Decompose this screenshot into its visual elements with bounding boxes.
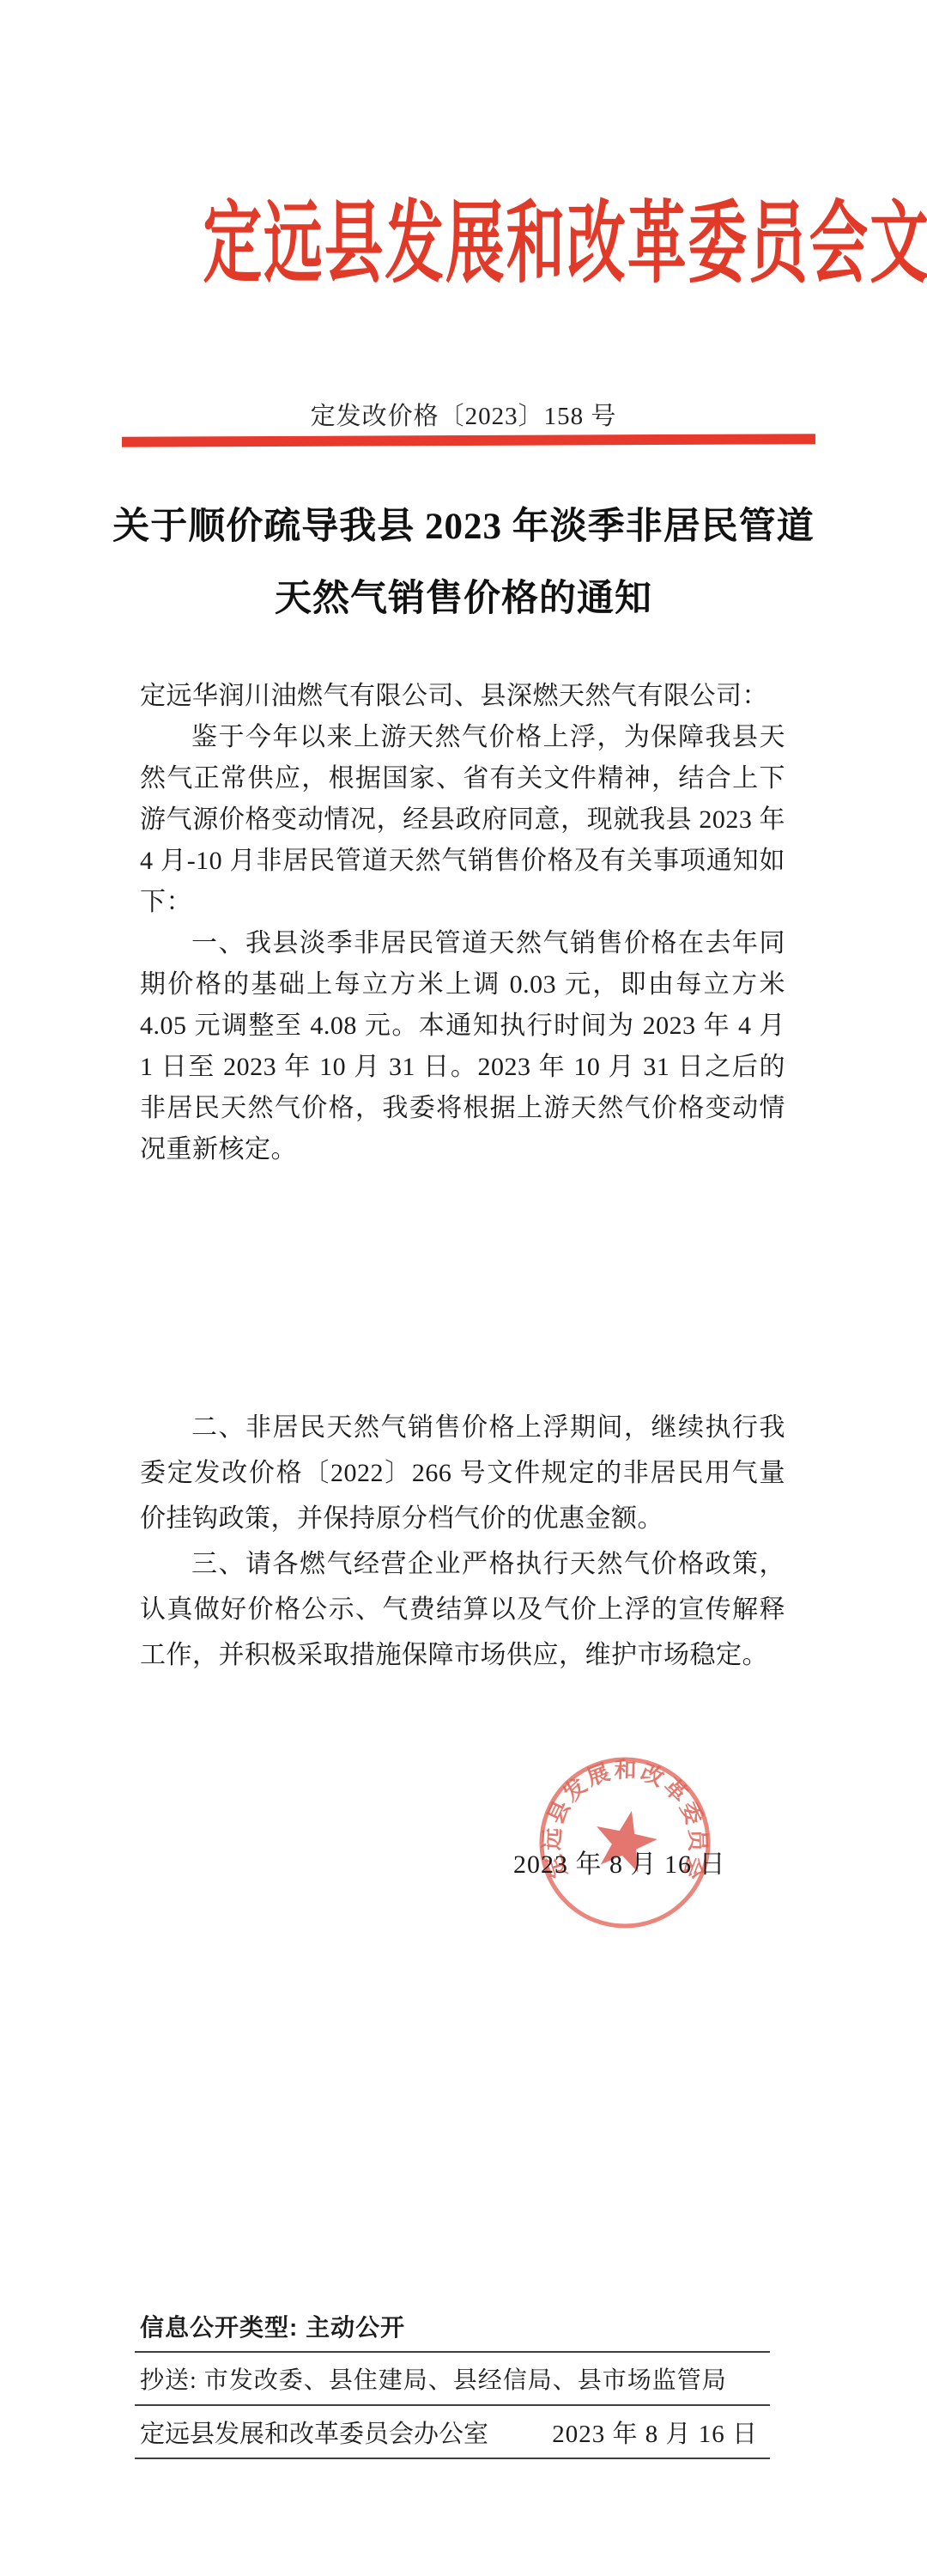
- paragraph-intro: 鉴于今年以来上游天然气价格上浮，为保障我县天然气正常供应，根据国家、省有关文件精…: [140, 717, 785, 923]
- red-divider: [122, 434, 815, 447]
- document-page: 定远县发展和改革委员会文件 定发改价格〔2023〕158 号 关于顺价疏导我县 …: [0, 0, 927, 2576]
- paragraph-item1: 一、我县淡季非居民管道天然气销售价格在去年同期价格的基础上每立方米上调 0.03…: [140, 923, 785, 1170]
- footer-cc-row: 抄送: 市发改委、县住建局、县经信局、县市场监管局: [135, 2353, 770, 2406]
- sign-date: 2023 年 8 月 16 日: [513, 1843, 726, 1880]
- footer-issue-date: 2023 年 8 月 16 日: [552, 2418, 758, 2451]
- info-type-label: 信息公开类型:: [140, 2314, 298, 2341]
- document-number: 定发改价格〔2023〕158 号: [0, 397, 927, 432]
- document-title-line1: 关于顺价疏导我县 2023 年淡季非居民管道: [0, 491, 927, 563]
- letterhead-title: 定远县发展和改革委员会文件: [203, 189, 927, 301]
- cc-value: 市发改委、县住建局、县经信局、县市场监管局: [204, 2367, 727, 2394]
- info-type-value: 主动公开: [306, 2314, 405, 2341]
- body-section-2: 二、非居民天然气销售价格上浮期间，继续执行我委定发改价格〔2022〕266 号文…: [140, 1405, 785, 1678]
- footer-office-row: 定远县发展和改革委员会办公室 2023 年 8 月 16 日: [135, 2406, 770, 2459]
- document-title-line2: 天然气销售价格的通知: [0, 563, 927, 635]
- paragraph-item3: 三、请各燃气经营企业严格执行天然气价格政策，认真做好价格公示、气费结算以及气价上…: [140, 1541, 785, 1678]
- body-section-1: 定远华润川油燃气有限公司、县深燃天然气有限公司： 鉴于今年以来上游天然气价格上浮…: [140, 676, 785, 1170]
- salutation: 定远华润川油燃气有限公司、县深燃天然气有限公司：: [140, 676, 785, 717]
- issuing-office: 定远县发展和改革委员会办公室: [140, 2418, 488, 2451]
- footer-info-type-row: 信息公开类型: 主动公开: [135, 2306, 770, 2353]
- cc-label: 抄送:: [140, 2367, 197, 2394]
- document-title: 关于顺价疏导我县 2023 年淡季非居民管道 天然气销售价格的通知: [0, 491, 927, 635]
- letterhead: 定远县发展和改革委员会文件: [0, 189, 927, 301]
- footer: 信息公开类型: 主动公开 抄送: 市发改委、县住建局、县经信局、县市场监管局 定…: [135, 2306, 770, 2459]
- paragraph-item2: 二、非居民天然气销售价格上浮期间，继续执行我委定发改价格〔2022〕266 号文…: [140, 1405, 785, 1541]
